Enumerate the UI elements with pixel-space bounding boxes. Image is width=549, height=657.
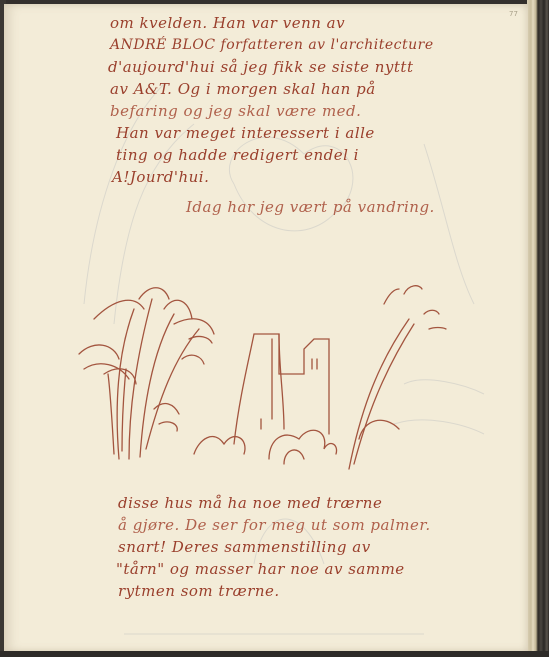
notebook-page: 77 om kvelden. Han var venn av ANDRÉ BLO… [4,4,528,652]
handwritten-line-2: ANDRÉ BLOC forfatteren av l'architecture [110,38,434,52]
handwritten-line-11: å gjøre. De ser for meg ut som palmer. [118,518,431,533]
handwritten-line-4: av A&T. Og i morgen skal han på [110,82,376,97]
handwritten-line-8: A!Jourd'hui. [112,170,209,185]
handwritten-line-1: om kvelden. Han var venn av [110,16,345,31]
notebook-page-stack [527,0,549,657]
handwritten-line-10: disse hus må ha noe med trærne [118,496,382,511]
handwritten-line-5: befaring og jeg skal være med. [110,104,361,119]
handwritten-line-12: snart! Deres sammenstilling av [118,540,371,555]
handwritten-line-3: d'aujourd'hui så jeg fikk se siste nyttt [108,60,413,75]
scan-bottom-edge [0,651,549,657]
handwritten-line-6: Han var meget interessert i alle [116,126,375,141]
handwritten-line-13: "tårn" og masser har noe av samme [116,562,405,577]
handwritten-line-14: rytmen som trærne. [118,584,280,599]
handwritten-line-7: ting og hadde redigert endel i [116,148,359,163]
handwritten-line-9: Idag har jeg vært på vandring. [186,200,435,215]
ink-sketch-landscape [74,279,474,479]
